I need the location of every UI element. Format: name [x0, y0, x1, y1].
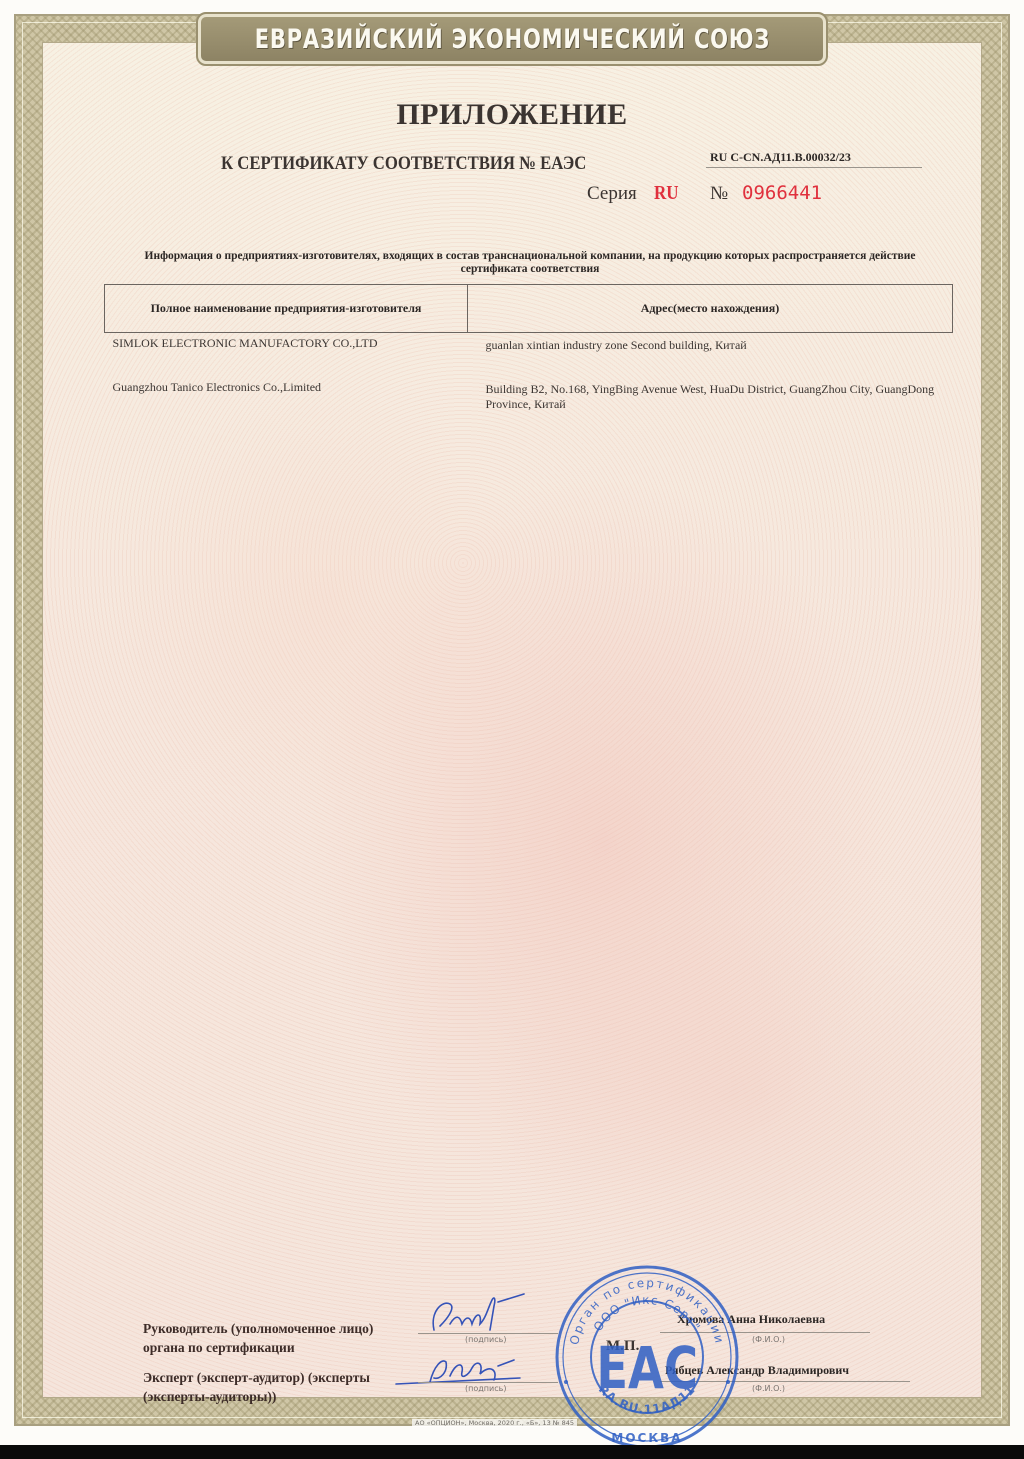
manufacturer-address: Building B2, No.168, YingBing Avenue Wes… — [468, 377, 953, 417]
eac-mark: ЕАС — [596, 1335, 698, 1402]
page-title: ПРИЛОЖЕНИЕ — [0, 98, 1024, 132]
scan-edge — [0, 1445, 1024, 1459]
table-row: SIMLOK ELECTRONIC MANUFACTORY CO.,LTD gu… — [105, 333, 953, 377]
column-header-name: Полное наименование предприятия-изготови… — [105, 285, 468, 333]
head-label: Руководитель (уполномоченное лицо) орган… — [143, 1319, 393, 1357]
head-signature-line — [418, 1333, 558, 1334]
manufacturer-name: Guangzhou Tanico Electronics Co.,Limited — [105, 377, 468, 417]
union-banner: ЕВРАЗИЙСКИЙ ЭКОНОМИЧЕСКИЙ СОЮЗ — [198, 14, 826, 64]
manufacturer-address: guanlan xintian industry zone Second bui… — [468, 333, 953, 377]
series-label: Серия — [587, 183, 637, 205]
union-banner-text: ЕВРАЗИЙСКИЙ ЭКОНОМИЧЕСКИЙ СОЮЗ — [254, 24, 769, 55]
info-text: Информация о предприятиях-изготовителях,… — [120, 250, 940, 276]
series-value: RU — [654, 182, 679, 205]
certificate-number: RU C-CN.АД11.В.00032/23 — [706, 150, 922, 168]
table-header-row: Полное наименование предприятия-изготови… — [105, 285, 953, 333]
certificate-label: К СЕРТИФИКАТУ СООТВЕТСТВИЯ № ЕАЭС — [221, 153, 586, 175]
printer-note: АО «ОПЦИОН», Москва, 2020 г., «Б», 13 № … — [412, 1419, 577, 1427]
expert-signature — [390, 1352, 530, 1392]
form-number: 0966441 — [742, 182, 822, 204]
certificate-body — [42, 42, 982, 1398]
manufacturers-table: Полное наименование предприятия-изготови… — [104, 284, 953, 417]
column-header-address: Адрес(место нахождения) — [468, 285, 953, 333]
certificate-border — [14, 14, 1010, 1426]
manufacturer-name: SIMLOK ELECTRONIC MANUFACTORY CO.,LTD — [105, 333, 468, 377]
expert-signature-line — [418, 1382, 558, 1383]
head-name-caption: (Ф.И.О.) — [752, 1335, 785, 1344]
table-row: Guangzhou Tanico Electronics Co.,Limited… — [105, 377, 953, 417]
certification-stamp: Орган по сертификации ООО "Икс-Серт" RA.… — [552, 1262, 742, 1452]
expert-label: Эксперт (эксперт-аудитор) (эксперты (экс… — [143, 1368, 403, 1406]
expert-name-caption: (Ф.И.О.) — [752, 1384, 785, 1393]
number-label: № — [710, 183, 728, 205]
head-signature-caption: (подпись) — [465, 1335, 506, 1344]
stamp-city: МОСКВА — [611, 1431, 682, 1445]
expert-signature-caption: (подпись) — [465, 1384, 506, 1393]
